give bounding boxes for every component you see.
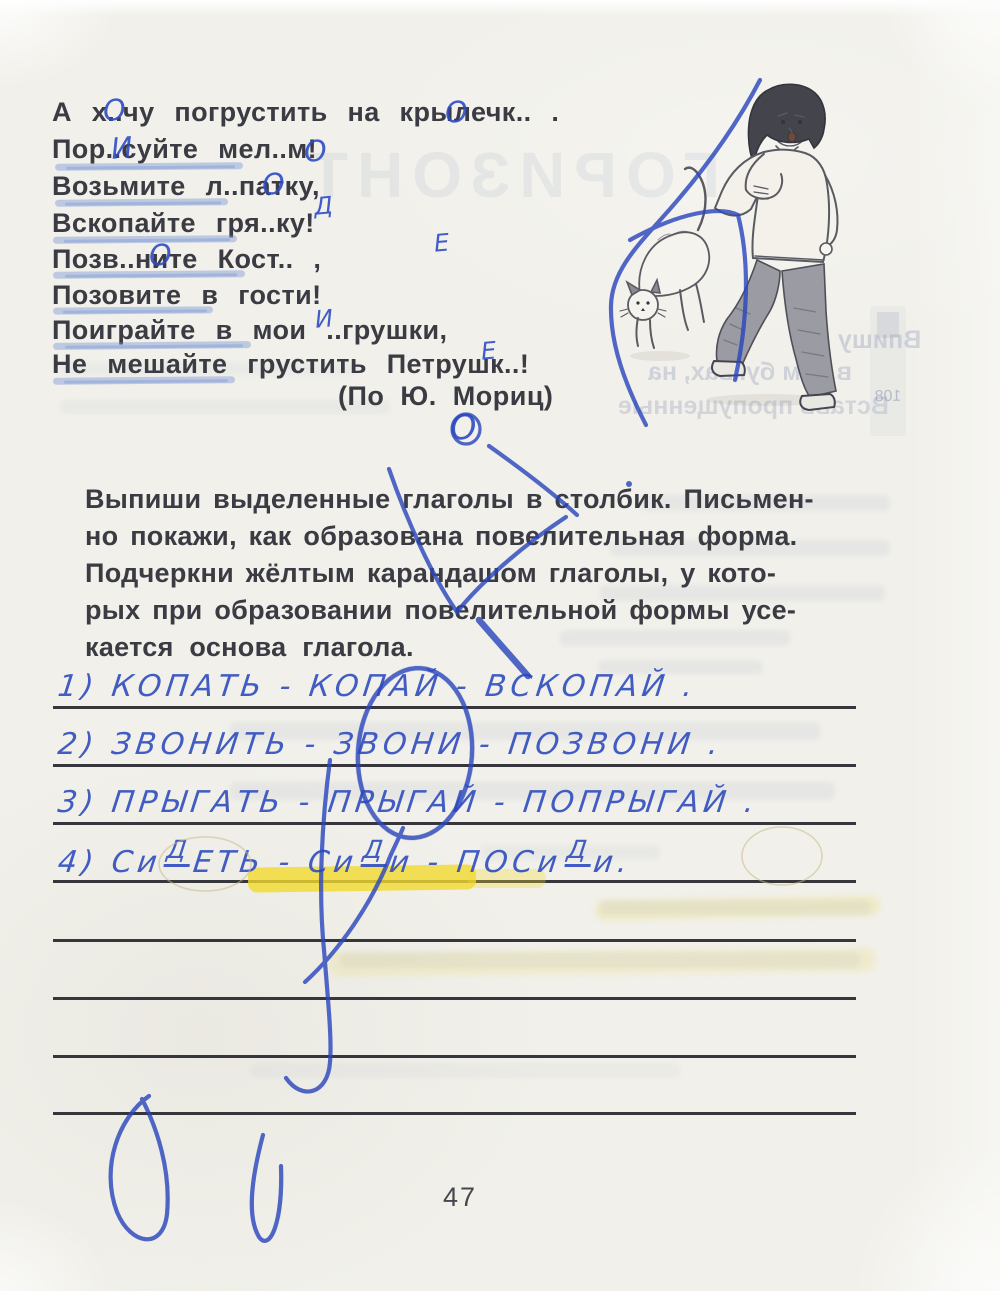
page-number: 47 <box>420 1182 500 1213</box>
workbook-page-scan: ГОРИЗОНТ Впишу в нём буквах, на Вставь п… <box>0 0 1000 1291</box>
pen-marks-overlay <box>0 0 1000 1291</box>
